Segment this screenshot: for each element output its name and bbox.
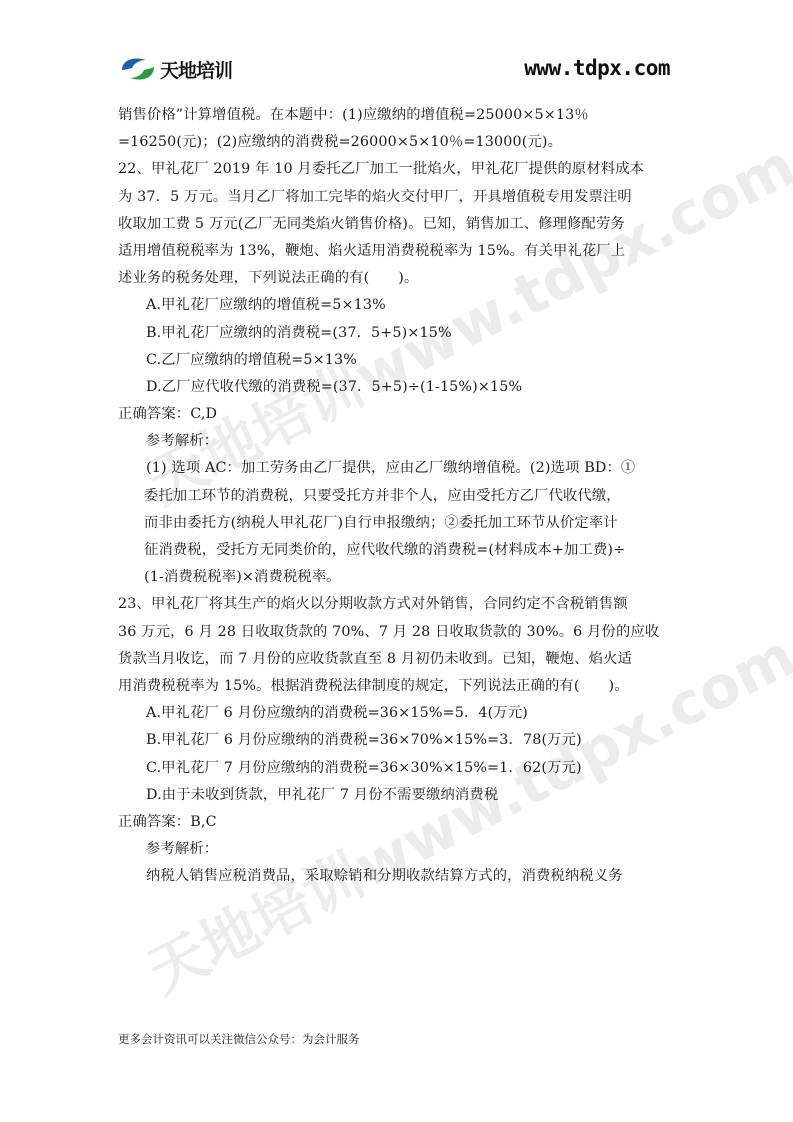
- analysis-text: 而非由委托方(纳税人甲礼花厂)自行申报缴纳；②委托加工环节从价定率计: [118, 510, 678, 537]
- text-line: =16250(元)；(2)应缴纳的消费税=26000×5×10％=13000(元…: [118, 129, 678, 156]
- analysis-text: (1-消费税税率)×消费税税率。: [118, 564, 678, 591]
- brand-name: 天地培训: [160, 56, 232, 83]
- correct-answer: 正确答案：C,D: [118, 401, 678, 428]
- question-stem: 22、甲礼花厂 2019 年 10 月委托乙厂加工一批焰火，甲礼花厂提供的原材料…: [118, 156, 678, 183]
- option-c: C.乙厂应缴纳的增值税=5×13%: [118, 347, 678, 374]
- question-stem: 述业务的税务处理，下列说法正确的有( )。: [118, 265, 678, 292]
- question-stem: 为 37．5 万元。当月乙厂将加工完毕的焰火交付甲厂，开具增值税专用发票注明: [118, 184, 678, 211]
- correct-answer: 正确答案：B,C: [118, 809, 678, 836]
- question-stem: 货款当月收讫，而 7 月份的应收货款直至 8 月初仍未收到。已知，鞭炮、焰火适: [118, 646, 678, 673]
- option-c: C.甲礼花厂 7 月份应缴纳的消费税=36×30%×15%=1．62(万元): [118, 755, 678, 782]
- option-b: B.甲礼花厂应缴纳的消费税=(37．5+5)×15%: [118, 320, 678, 347]
- question-stem: 36 万元，6 月 28 日收取货款的 70%、7 月 28 日收取货款的 30…: [118, 619, 678, 646]
- page-footer: 更多会计资讯可以关注微信公众号：为会计服务: [118, 1031, 360, 1047]
- swoosh-logo-icon: [118, 54, 158, 84]
- option-b: B.甲礼花厂 6 月份应缴纳的消费税=36×70%×15%=3．78(万元): [118, 727, 678, 754]
- analysis-text: 委托加工环节的消费税，只要受托方并非个人，应由受托方乙厂代收代缴，: [118, 483, 678, 510]
- document-body: 销售价格”计算增值税。在本题中：(1)应缴纳的增值税=25000×5×13％ =…: [118, 102, 678, 890]
- text-line: 销售价格”计算增值税。在本题中：(1)应缴纳的增值税=25000×5×13％: [118, 102, 678, 129]
- brand-logo: 天地培训: [118, 52, 232, 86]
- site-url: www.tdpx.com: [524, 56, 670, 80]
- question-22: 22、甲礼花厂 2019 年 10 月委托乙厂加工一批焰火，甲礼花厂提供的原材料…: [118, 156, 678, 591]
- option-a: A.甲礼花厂应缴纳的增值税=5×13%: [118, 292, 678, 319]
- option-a: A.甲礼花厂 6 月份应缴纳的消费税=36×15%=5．4(万元): [118, 700, 678, 727]
- question-23: 23、甲礼花厂将其生产的焰火以分期收款方式对外销售，合同约定不含税销售额 36 …: [118, 591, 678, 890]
- question-stem: 适用增值税税率为 13%，鞭炮、焰火适用消费税税率为 15%。有关甲礼花厂上: [118, 238, 678, 265]
- analysis-text: 纳税人销售应税消费品，采取赊销和分期收款结算方式的，消费税纳税义务: [118, 863, 678, 890]
- analysis-text: 征消费税，受托方无同类价的，应代收代缴的消费税=(材料成本+加工费)÷: [118, 537, 678, 564]
- question-stem: 23、甲礼花厂将其生产的焰火以分期收款方式对外销售，合同约定不含税销售额: [118, 591, 678, 618]
- analysis-label: 参考解析：: [118, 428, 678, 455]
- question-stem: 用消费税税率为 15%。根据消费税法律制度的规定，下列说法正确的有( )。: [118, 673, 678, 700]
- page-header: 天地培训 www.tdpx.com: [0, 0, 793, 95]
- analysis-text: (1) 选项 AC：加工劳务由乙厂提供，应由乙厂缴纳增值税。(2)选项 BD：①: [118, 455, 678, 482]
- analysis-label: 参考解析：: [118, 836, 678, 863]
- option-d: D.乙厂应代收代缴的消费税=(37．5+5)÷(1-15%)×15%: [118, 374, 678, 401]
- option-d: D.由于未收到货款，甲礼花厂 7 月份不需要缴纳消费税: [118, 782, 678, 809]
- question-stem: 收取加工费 5 万元(乙厂无同类焰火销售价格)。已知，销售加工、修理修配劳务: [118, 211, 678, 238]
